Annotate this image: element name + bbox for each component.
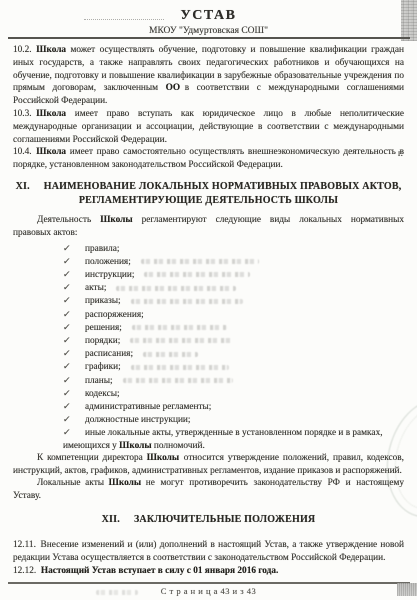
list-item: ✓расписания; (63, 347, 404, 360)
section-xii-title: ЗАКЛЮЧИТЕЛЬНЫЕ ПОЛОЖЕНИЯ (134, 514, 315, 525)
list-item: ✓административные регламенты; (63, 400, 404, 413)
check-icon: ✓ (62, 308, 86, 320)
check-icon: ✓ (62, 255, 86, 267)
list-item: ✓графики; (63, 360, 404, 373)
section-xi-line2: РЕГЛАМЕНТИРУЮЩИЕ ДЕЯТЕЛЬНОСТЬ ШКОЛЫ (13, 194, 404, 208)
list-item-label: акты; (85, 283, 106, 293)
list-item-label: кодексы; (85, 389, 120, 399)
list-item-label: планы; (85, 376, 113, 386)
check-icon: ✓ (62, 426, 86, 438)
clause-12-11: 12.11. Внесение изменений и (или) дополн… (13, 539, 404, 565)
bleed-through-artifact (143, 352, 198, 357)
list-item: ✓инструкции; (63, 268, 404, 281)
bleed-through-artifact (130, 338, 234, 343)
check-icon: ✓ (62, 268, 86, 280)
clause-12-12: 12.12. Настоящий Устав вступает в силу с… (13, 565, 404, 578)
list-item: ✓иные локальные акты, утвержденные в уст… (63, 426, 404, 451)
document-body: 10.2. Школа может осуществлять обучение,… (13, 44, 404, 577)
list-item-label: правила; (85, 244, 119, 254)
section-xi-number: XI. (16, 181, 30, 192)
bleed-through-artifact (131, 299, 243, 304)
document-title: УСТАВ (0, 8, 417, 24)
list-item: ✓планы; (63, 374, 404, 387)
section-heading-xii: XII.ЗАКЛЮЧИТЕЛЬНЫЕ ПОЛОЖЕНИЯ (13, 513, 404, 527)
list-item: ✓кодексы; (63, 387, 404, 400)
section-heading-xi: XI.НАИМЕНОВАНИЕ ЛОКАЛЬНЫХ НОРМАТИВНЫХ ПР… (13, 180, 404, 208)
document-subtitle: МКОУ "Удмуртовская СОШ" (0, 26, 417, 36)
check-icon: ✓ (62, 321, 86, 333)
list-item-label: положения; (85, 257, 131, 267)
list-item: ✓решения; (63, 321, 404, 334)
list-item: ✓правила; (63, 242, 404, 255)
list-item-label: должностные инструкции; (85, 415, 191, 425)
list-item-label: порядки; (85, 336, 120, 346)
list-item: ✓положения; (63, 255, 404, 268)
list-item: ✓должностные инструкции; (63, 413, 404, 426)
check-icon: ✓ (62, 281, 86, 293)
check-icon: ✓ (62, 347, 86, 359)
local-acts-checklist: ✓правила; ✓положения; ✓инструкции; ✓акты… (13, 242, 404, 452)
bleed-through-artifact (116, 286, 236, 291)
list-item: ✓распоряжения; (63, 308, 404, 321)
bleed-through-artifact (123, 378, 233, 383)
check-icon: ✓ (62, 334, 86, 346)
clause-10-4: 10.4. Школа имеет право самостоятельно о… (13, 146, 404, 172)
list-item-label: распоряжения; (85, 310, 144, 320)
check-icon: ✓ (62, 294, 86, 306)
list-item: ✓порядки; (63, 334, 404, 347)
intro-paragraph: Деятельность Школы регламентируют следую… (13, 214, 404, 240)
check-icon: ✓ (62, 400, 86, 412)
document-page: УСТАВ МКОУ "Удмуртовская СОШ" г. 10.2. Ш… (0, 0, 417, 600)
bleed-through-artifact (131, 365, 229, 370)
check-icon: ✓ (62, 360, 86, 372)
list-item: ✓акты; (63, 281, 404, 294)
list-item-label: иные локальные акты, утвержденные в уста… (63, 428, 383, 450)
check-icon: ✓ (62, 242, 86, 254)
clause-10-2: 10.2. Школа может осуществлять обучение,… (13, 44, 404, 108)
check-icon: ✓ (62, 374, 86, 386)
list-item-label: административные регламенты; (85, 402, 211, 412)
list-item-label: расписания; (85, 349, 133, 359)
section-xii-number: XII. (102, 514, 120, 525)
bleed-through-artifact (144, 272, 250, 277)
check-icon: ✓ (62, 387, 86, 399)
list-item-label: приказы; (85, 296, 121, 306)
clause-10-3: 10.3. Школа имеет право вступать как юри… (13, 108, 404, 146)
header-rule (8, 37, 410, 39)
director-competence-paragraph: К компетенции директора Школы относится … (13, 452, 404, 478)
bleed-through-artifact (141, 259, 259, 264)
list-item-label: инструкции; (85, 270, 134, 280)
list-item-label: решения; (85, 323, 122, 333)
page-number: С т р а н и ц а 43 и з 43 (0, 586, 417, 596)
local-acts-paragraph: Локальные акты Школы не могут противореч… (13, 477, 404, 503)
section-xi-title: НАИМЕНОВАНИЕ ЛОКАЛЬНЫХ НОРМАТИВНЫХ ПРАВО… (44, 181, 402, 192)
check-icon: ✓ (62, 413, 86, 425)
section-xi-line1: XI.НАИМЕНОВАНИЕ ЛОКАЛЬНЫХ НОРМАТИВНЫХ ПР… (13, 180, 404, 194)
list-item: ✓приказы; (63, 294, 404, 307)
scan-edge-artifact-bottom (397, 583, 417, 596)
list-item-label: графики; (85, 362, 121, 372)
section-xii-line1: XII.ЗАКЛЮЧИТЕЛЬНЫЕ ПОЛОЖЕНИЯ (13, 513, 404, 527)
footer-rule (8, 582, 410, 584)
bleed-through-artifact (132, 325, 227, 330)
